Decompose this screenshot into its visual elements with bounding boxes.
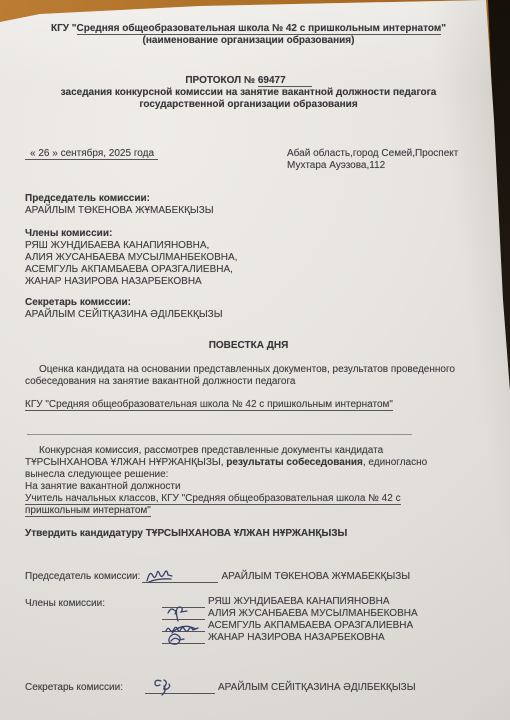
sig-chair-label: Председатель комиссии: (25, 571, 140, 582)
sig-member-name-1: РЯШ ЖУНДИБАЕВА КАНАПИЯНОВНА (208, 596, 390, 607)
sig-chair-line (142, 571, 218, 583)
sig-members-label: Члены комиссии: (25, 597, 105, 610)
member-signature-icon-4 (165, 632, 187, 647)
sig-member-line-3 (162, 620, 205, 632)
agenda-school-line: КГУ "Средняя общеобразовательная школа №… (25, 399, 393, 411)
address-line-2: Мухтара Ауэзова,112 (287, 160, 458, 172)
secretary-block: Секретарь комиссии: АРАЙЛЫМ СЕЙІТҚАЗИНА … (25, 297, 223, 321)
protocol-title-block: ПРОТОКОЛ № 69477 заседания конкурсной ко… (25, 75, 472, 111)
members-label: Члены комиссии: (25, 228, 237, 240)
chair-signature-icon (145, 566, 175, 586)
protocol-number-line: ПРОТОКОЛ № 69477 (25, 75, 472, 87)
member-name-3: АСЕМГУЛЬ АКПАМБАЕВА ОРАЗГАЛИЕВНА, (25, 264, 237, 276)
sig-member-line-4 (162, 632, 205, 644)
agenda-paragraph: Оценка кандидата на основании представле… (25, 364, 483, 388)
secretary-name: АРАЙЛЫМ СЕЙІТҚАЗИНА ӘДІЛБЕКҚЫЗЫ (25, 309, 223, 321)
protocol-title-prefix: ПРОТОКОЛ № (185, 75, 255, 86)
protocol-number: 69477 (258, 75, 312, 87)
agenda-line-1: Оценка кандидата на основании представле… (25, 364, 483, 376)
org-caption: (наименование организации образования) (25, 35, 472, 47)
members-block: Члены комиссии: РЯШ ЖУНДИБАЕВА КАНАПИЯНО… (25, 228, 237, 288)
interview-results-bold: результаты собеседования (226, 457, 363, 468)
agenda-school-underlined: КГУ "Средняя общеобразовательная школа №… (25, 399, 393, 411)
sig-row-member-3: АСЕМГУЛЬ АКПАМБАЕВА ОРАЗГАЛИЕВНА (25, 620, 418, 632)
decision-line-4: На занятие вакантной должности (25, 481, 483, 493)
document-photo: КГУ "Средняя общеобразовательная школа №… (0, 0, 510, 720)
protocol-subtitle-2: государственной организации образования (25, 99, 472, 111)
secretary-signature-icon (148, 675, 178, 697)
secretary-label: Секретарь комиссии: (25, 297, 223, 309)
sig-member-name-4: ЖАНАР НАЗИРОВА НАЗАРБЕКОВНА (208, 632, 385, 643)
decision-line-2: ТҰРСЫНХАНОВА ҰЛЖАН НҰРЖАНҚЫЗЫ, результат… (25, 457, 483, 469)
sig-secretary-label: Секретарь комиссии: (25, 682, 123, 693)
sig-row-member-4: ЖАНАР НАЗИРОВА НАЗАРБЕКОВНА (25, 632, 418, 644)
sig-member-line-2 (162, 608, 205, 620)
decision-line-3: вынесла следующее решение: (25, 469, 483, 481)
org-name-suffix: " (441, 23, 446, 34)
member-name-1: РЯШ ЖУНДИБАЕВА КАНАПИЯНОВНА, (25, 240, 237, 252)
protocol-date: « 26 » сентября, 2025 года (25, 148, 158, 160)
sig-secretary-line (145, 682, 215, 694)
agenda-line-2: собеседования на занятие вакантной должн… (25, 376, 483, 388)
org-name-prefix: КГУ " (51, 23, 77, 34)
position-line-underlined-2: пришкольным интернатом" (25, 505, 151, 517)
org-header: КГУ "Средняя общеобразовательная школа №… (25, 23, 472, 47)
approve-line: Утвердить кандидатуру ТҰРСЫНХАНОВА ҰЛЖАН… (25, 528, 347, 540)
blank-rule-line (27, 434, 412, 435)
agenda-heading: ПОВЕСТКА ДНЯ (25, 340, 472, 352)
org-name-underlined: Средняя общеобразовательная школа № 42 с… (77, 23, 442, 35)
sig-secretary-name: АРАЙЛЫМ СЕЙІТҚАЗИНА ӘДІЛБЕКҚЫЗЫ (218, 682, 416, 693)
sig-member-name-2: АЛИЯ ЖУСАНБАЕВА МУСЫЛМАНБЕКОВНА (208, 608, 418, 619)
org-address: Абай область,город Семей,Проспект Мухтар… (287, 148, 458, 172)
protocol-subtitle-1: заседания конкурсной комиссии на занятие… (25, 87, 472, 99)
date-address-row: « 26 » сентября, 2025 года Абай область,… (25, 148, 485, 160)
candidate-name: ТҰРСЫНХАНОВА ҰЛЖАН НҰРЖАНҚЫЗЫ, (25, 457, 226, 468)
sig-member-name-3: АСЕМГУЛЬ АКПАМБАЕВА ОРАЗГАЛИЕВНА (208, 620, 413, 631)
decision-line-1: Конкурсная комиссия, рассмотрев представ… (25, 445, 483, 457)
sig-chair-name: АРАЙЛЫМ ТӨКЕНОВА ЖҰМАБЕКҚЫЗЫ (221, 571, 410, 582)
sig-rows-members: Члены комиссии: РЯШ ЖУНДИБАЕВА КАНАПИЯНО… (25, 596, 418, 644)
sig-row-chair: Председатель комиссии:АРАЙЛЫМ ТӨКЕНОВА Ж… (25, 570, 410, 583)
member-name-2: АЛИЯ ЖУСАНБАЕВА МУСЫЛМАНБЕКОВНА, (25, 252, 237, 264)
decision-paragraph: Конкурсная комиссия, рассмотрев представ… (25, 445, 483, 517)
chair-label: Председатель комиссии: (25, 193, 214, 205)
chair-name: АРАЙЛЫМ ТӨКЕНОВА ЖҰМАБЕКҚЫЗЫ (25, 205, 214, 217)
member-name-4: ЖАНАР НАЗИРОВА НАЗАРБЕКОВНА (25, 276, 237, 288)
paper-sheet: КГУ "Средняя общеобразовательная школа №… (0, 0, 510, 720)
sig-row-secretary: Секретарь комиссии:АРАЙЛЫМ СЕЙІТҚАЗИНА Ә… (25, 681, 416, 694)
org-name-line: КГУ "Средняя общеобразовательная школа №… (25, 23, 472, 35)
chair-block: Председатель комиссии: АРАЙЛЫМ ТӨКЕНОВА … (25, 193, 214, 217)
position-line-underlined-1: Учитель начальных классов, КГУ "Средняя … (25, 493, 401, 505)
decision-line-2-tail: , единогласно (363, 457, 427, 468)
address-line-1: Абай область,город Семей,Проспект (287, 148, 458, 160)
